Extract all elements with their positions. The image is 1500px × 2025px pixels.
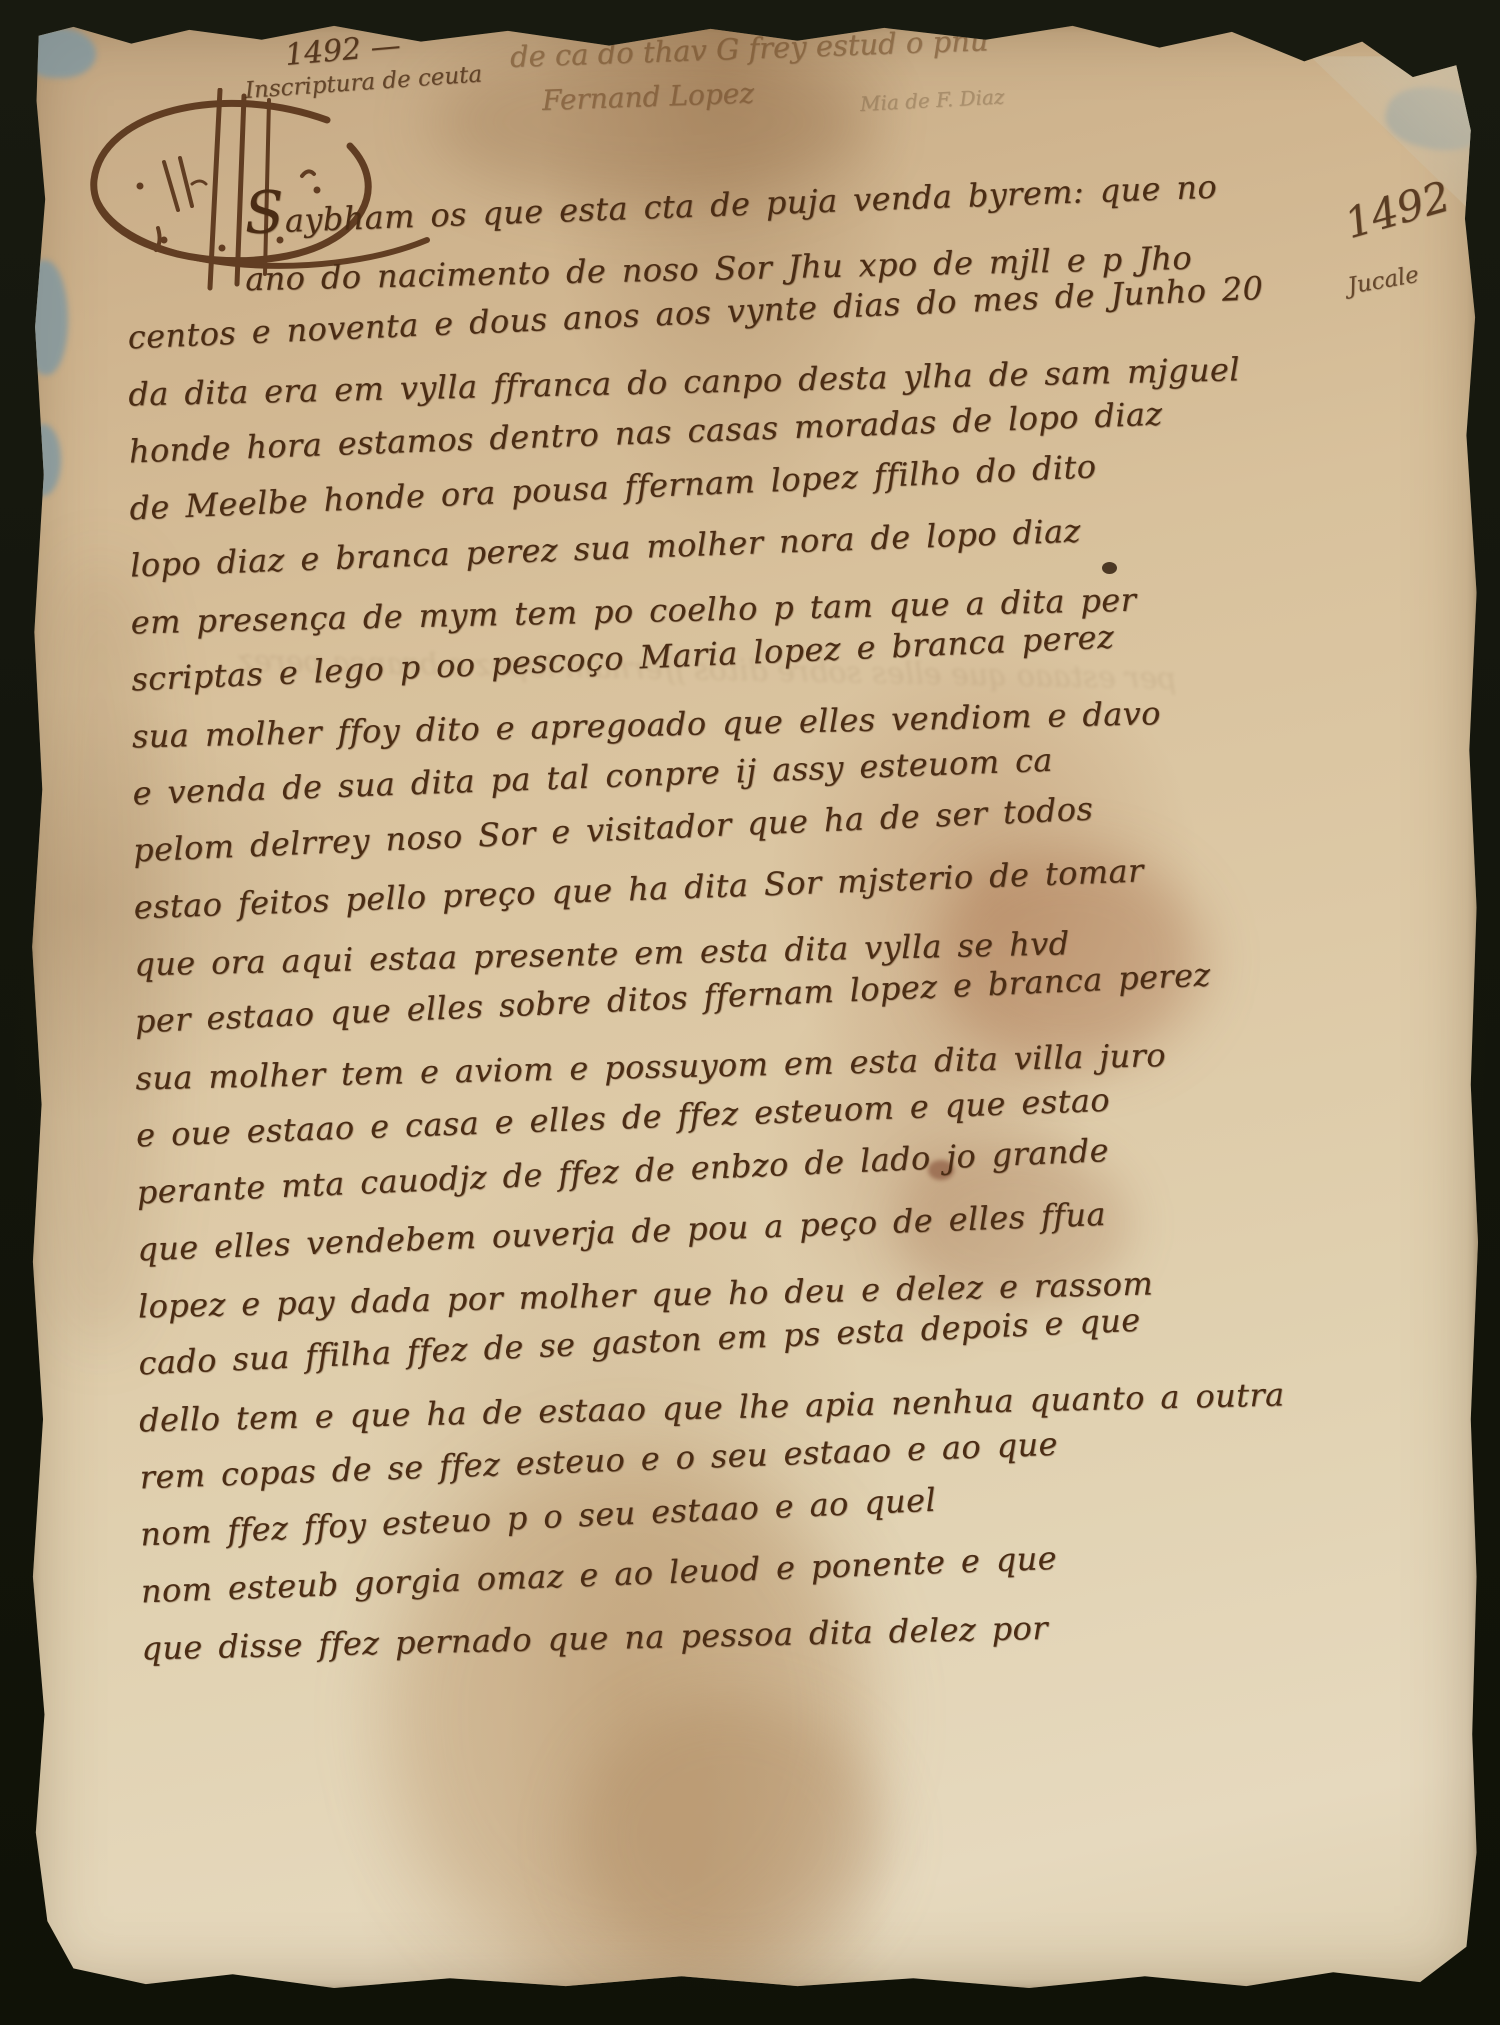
- manuscript-text-block: Saybham os que esta cta de puja venda by…: [126, 174, 1382, 1678]
- stain-bottom-small: [575, 1702, 885, 1972]
- annotation-pencil-note: Mia de F. Diaz: [859, 84, 1005, 116]
- manuscript-page: 1492 — Inscriptura de ceuta de ca do tha…: [30, 22, 1478, 1990]
- annotation-faded-line2: Fernand Lopez: [541, 77, 754, 117]
